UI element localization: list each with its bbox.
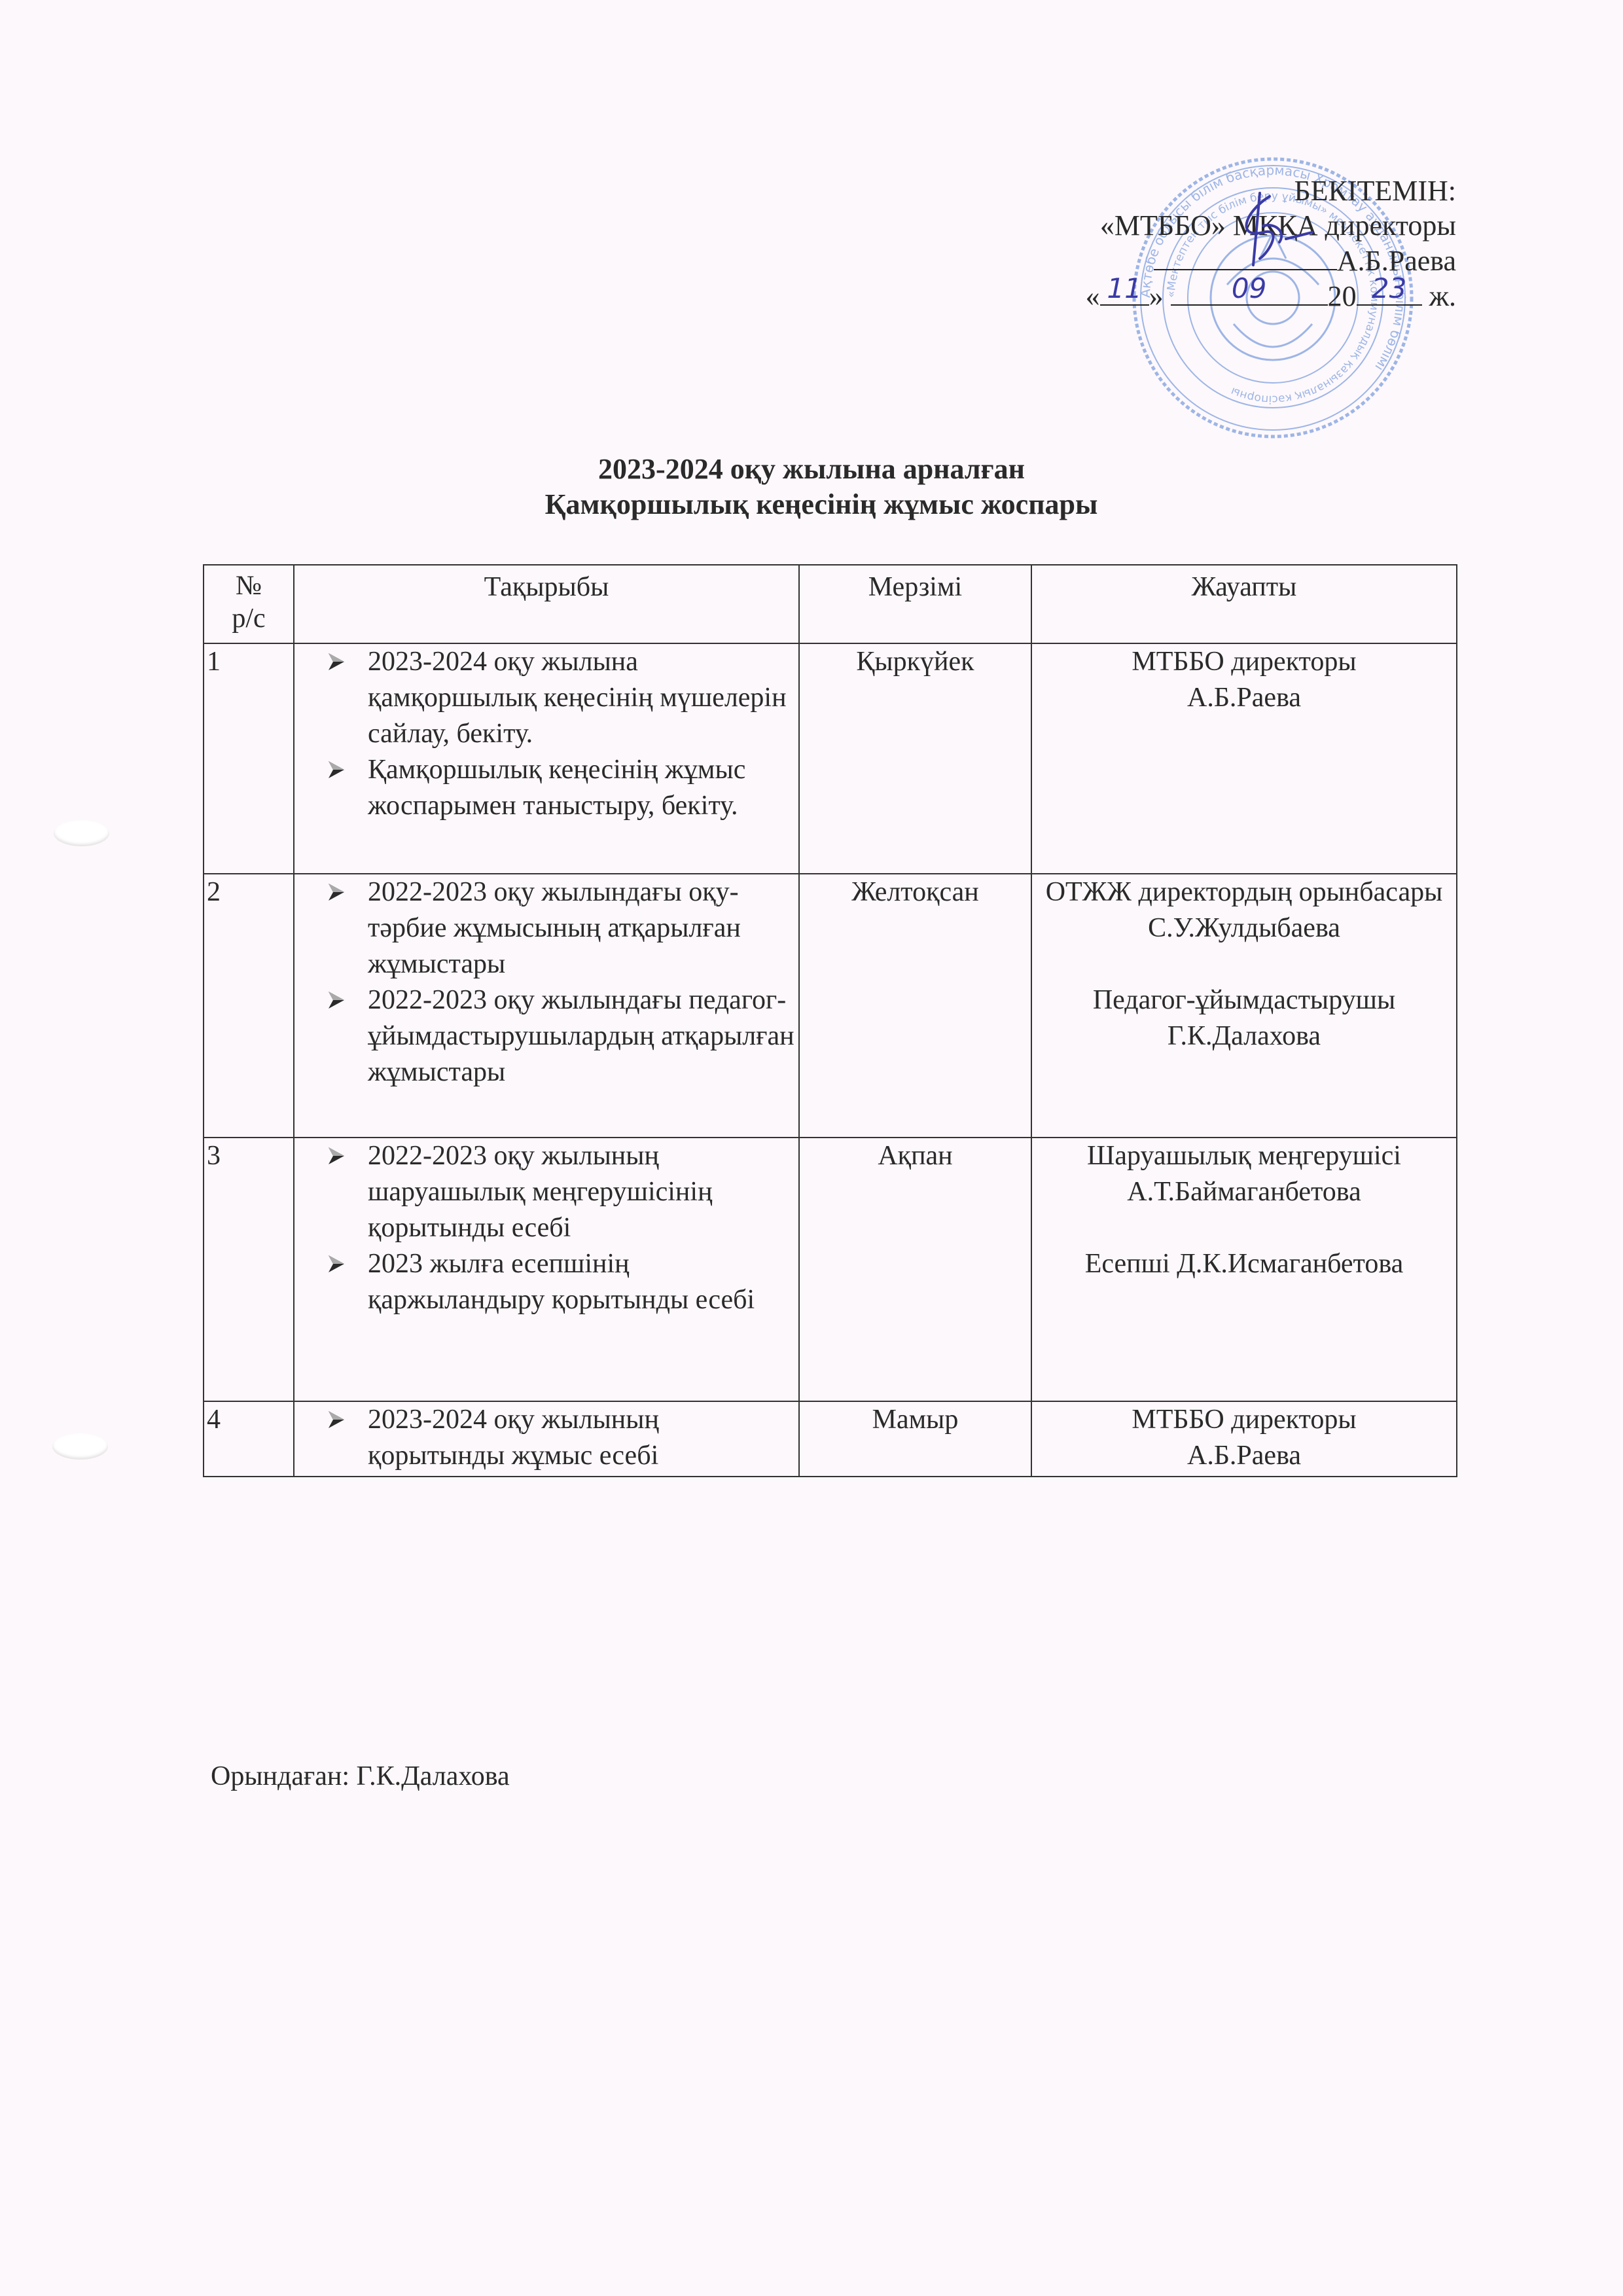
- row-term: Ақпан: [799, 1138, 1031, 1401]
- arrow-bullet-icon: [327, 1410, 346, 1429]
- header-term: Мерзімі: [799, 565, 1031, 643]
- title-line-1: 2023-2024 оқу жылына арналған: [0, 452, 1623, 487]
- responsible-line: МТББО директоры: [1035, 644, 1454, 680]
- spacer: [1035, 1210, 1454, 1246]
- arrow-bullet-icon: [327, 1146, 346, 1166]
- approval-date-line: «11» 092023 ж.: [1086, 278, 1456, 314]
- responsible-line: С.У.Жулдыбаева: [1035, 910, 1454, 946]
- document-title: 2023-2024 оқу жылына арналған Қамқоршылы…: [0, 452, 1623, 522]
- row-number: 4: [204, 1401, 294, 1477]
- date-year-prefix: 20: [1328, 280, 1357, 312]
- header-num-label: № р/с: [226, 569, 272, 635]
- topic-list: 2022-2023 оқу жылындағы оқу-тәрбие жұмыс…: [297, 874, 796, 1090]
- date-quote-open: «: [1086, 280, 1100, 312]
- row-number: 1: [204, 643, 294, 874]
- document-page: Ақтөбе облысы білім басқармасы Хромтау а…: [0, 0, 1623, 2296]
- row-number: 2: [204, 874, 294, 1138]
- responsible-line: Педагог-ұйымдастырушы: [1035, 982, 1454, 1018]
- signature-icon: [1224, 187, 1315, 272]
- date-year-blank: 23: [1357, 278, 1422, 306]
- row-responsible: Шаруашылық меңгерушісіА.Т.Баймаганбетова…: [1031, 1138, 1457, 1401]
- header-num: № р/с: [204, 565, 294, 643]
- arrow-bullet-icon: [327, 760, 346, 780]
- topic-text: 2023 жылға есепшінің қаржыландыру қорыты…: [368, 1249, 755, 1315]
- topic-list: 2022-2023 оқу жылының шаруашылық меңгеру…: [297, 1138, 796, 1318]
- topic-item: 2022-2023 оқу жылындағы оқу-тәрбие жұмыс…: [368, 874, 796, 982]
- table-header-row: № р/с Тақырыбы Мерзімі Жауапты: [204, 565, 1457, 643]
- row-term: Мамыр: [799, 1401, 1031, 1477]
- responsible-line: А.Б.Раева: [1035, 680, 1454, 716]
- responsible-line: А.Б.Раева: [1035, 1438, 1454, 1474]
- row-responsible: ОТЖЖ директордың орынбасарыС.У.Жулдыбаев…: [1031, 874, 1457, 1138]
- date-day-blank: 11: [1100, 278, 1149, 306]
- punch-hole: [54, 820, 109, 846]
- row-number: 3: [204, 1138, 294, 1401]
- responsible-line: Г.К.Далахова: [1035, 1018, 1454, 1054]
- row-topics: 2022-2023 оқу жылының шаруашылық меңгеру…: [294, 1138, 799, 1401]
- topic-text: 2023-2024 оқу жылының қорытынды жұмыс ес…: [368, 1405, 659, 1471]
- work-plan-table: № р/с Тақырыбы Мерзімі Жауапты 1 2023-20…: [203, 564, 1457, 1477]
- row-topics: 2023-2024 оқу жылының қорытынды жұмыс ес…: [294, 1401, 799, 1477]
- topic-text: Қамқоршылық кеңесінің жұмыс жоспарымен т…: [368, 755, 745, 821]
- topic-list: 2023-2024 оқу жылына қамқоршылық кеңесін…: [297, 644, 796, 824]
- spacer: [1035, 946, 1454, 982]
- date-suffix: ж.: [1429, 280, 1456, 312]
- topic-text: 2022-2023 оқу жылындағы педагог-ұйымдаст…: [368, 985, 794, 1087]
- topic-item: Қамқоршылық кеңесінің жұмыс жоспарымен т…: [368, 752, 796, 824]
- arrow-bullet-icon: [327, 1254, 346, 1274]
- arrow-bullet-icon: [327, 882, 346, 902]
- header-topic: Тақырыбы: [294, 565, 799, 643]
- arrow-bullet-icon: [327, 652, 346, 672]
- date-day: 11: [1100, 271, 1149, 306]
- row-topics: 2022-2023 оқу жылындағы оқу-тәрбие жұмыс…: [294, 874, 799, 1138]
- date-month: 09: [1171, 271, 1328, 306]
- row-responsible: МТББО директорыА.Б.Раева: [1031, 643, 1457, 874]
- topic-item: 2022-2023 оқу жылындағы педагог-ұйымдаст…: [368, 982, 796, 1090]
- topic-item: 2022-2023 оқу жылының шаруашылық меңгеру…: [368, 1138, 796, 1246]
- responsible-line: ОТЖЖ директордың орынбасары: [1035, 874, 1454, 910]
- date-year-suffix: 23: [1357, 271, 1422, 306]
- punch-hole: [52, 1433, 108, 1460]
- topic-item: 2023-2024 оқу жылына қамқоршылық кеңесін…: [368, 644, 796, 752]
- row-responsible: МТББО директорыА.Б.Раева: [1031, 1401, 1457, 1477]
- responsible-line: МТББО директоры: [1035, 1402, 1454, 1438]
- topic-item: 2023 жылға есепшінің қаржыландыру қорыты…: [368, 1246, 796, 1318]
- table-row: 2 2022-2023 оқу жылындағы оқу-тәрбие жұм…: [204, 874, 1457, 1138]
- responsible-line: Шаруашылық меңгерушісі: [1035, 1138, 1454, 1174]
- table-row: 1 2023-2024 оқу жылына қамқоршылық кеңес…: [204, 643, 1457, 874]
- topic-text: 2022-2023 оқу жылындағы оқу-тәрбие жұмыс…: [368, 877, 741, 979]
- header-responsible: Жауапты: [1031, 565, 1457, 643]
- executed-by: Орындаған: Г.К.Далахова: [211, 1761, 510, 1792]
- topic-text: 2023-2024 оқу жылына қамқоршылық кеңесін…: [368, 647, 787, 749]
- arrow-bullet-icon: [327, 990, 346, 1010]
- responsible-line: А.Т.Баймаганбетова: [1035, 1174, 1454, 1210]
- row-topics: 2023-2024 оқу жылына қамқоршылық кеңесін…: [294, 643, 799, 874]
- row-term: Қыркүйек: [799, 643, 1031, 874]
- responsible-line: Есепші Д.К.Исмаганбетова: [1035, 1246, 1454, 1282]
- table-row: 3 2022-2023 оқу жылының шаруашылық меңге…: [204, 1138, 1457, 1401]
- table-row: 4 2023-2024 оқу жылының қорытынды жұмыс …: [204, 1401, 1457, 1477]
- date-month-blank: 09: [1171, 278, 1328, 306]
- topic-list: 2023-2024 оқу жылының қорытынды жұмыс ес…: [297, 1402, 796, 1474]
- topic-text: 2022-2023 оқу жылының шаруашылық меңгеру…: [368, 1141, 713, 1243]
- row-term: Желтоқсан: [799, 874, 1031, 1138]
- title-line-2: Қамқоршылық кеңесінің жұмыс жоспары: [20, 487, 1623, 522]
- date-quote-close: »: [1149, 280, 1164, 312]
- topic-item: 2023-2024 оқу жылының қорытынды жұмыс ес…: [368, 1402, 796, 1474]
